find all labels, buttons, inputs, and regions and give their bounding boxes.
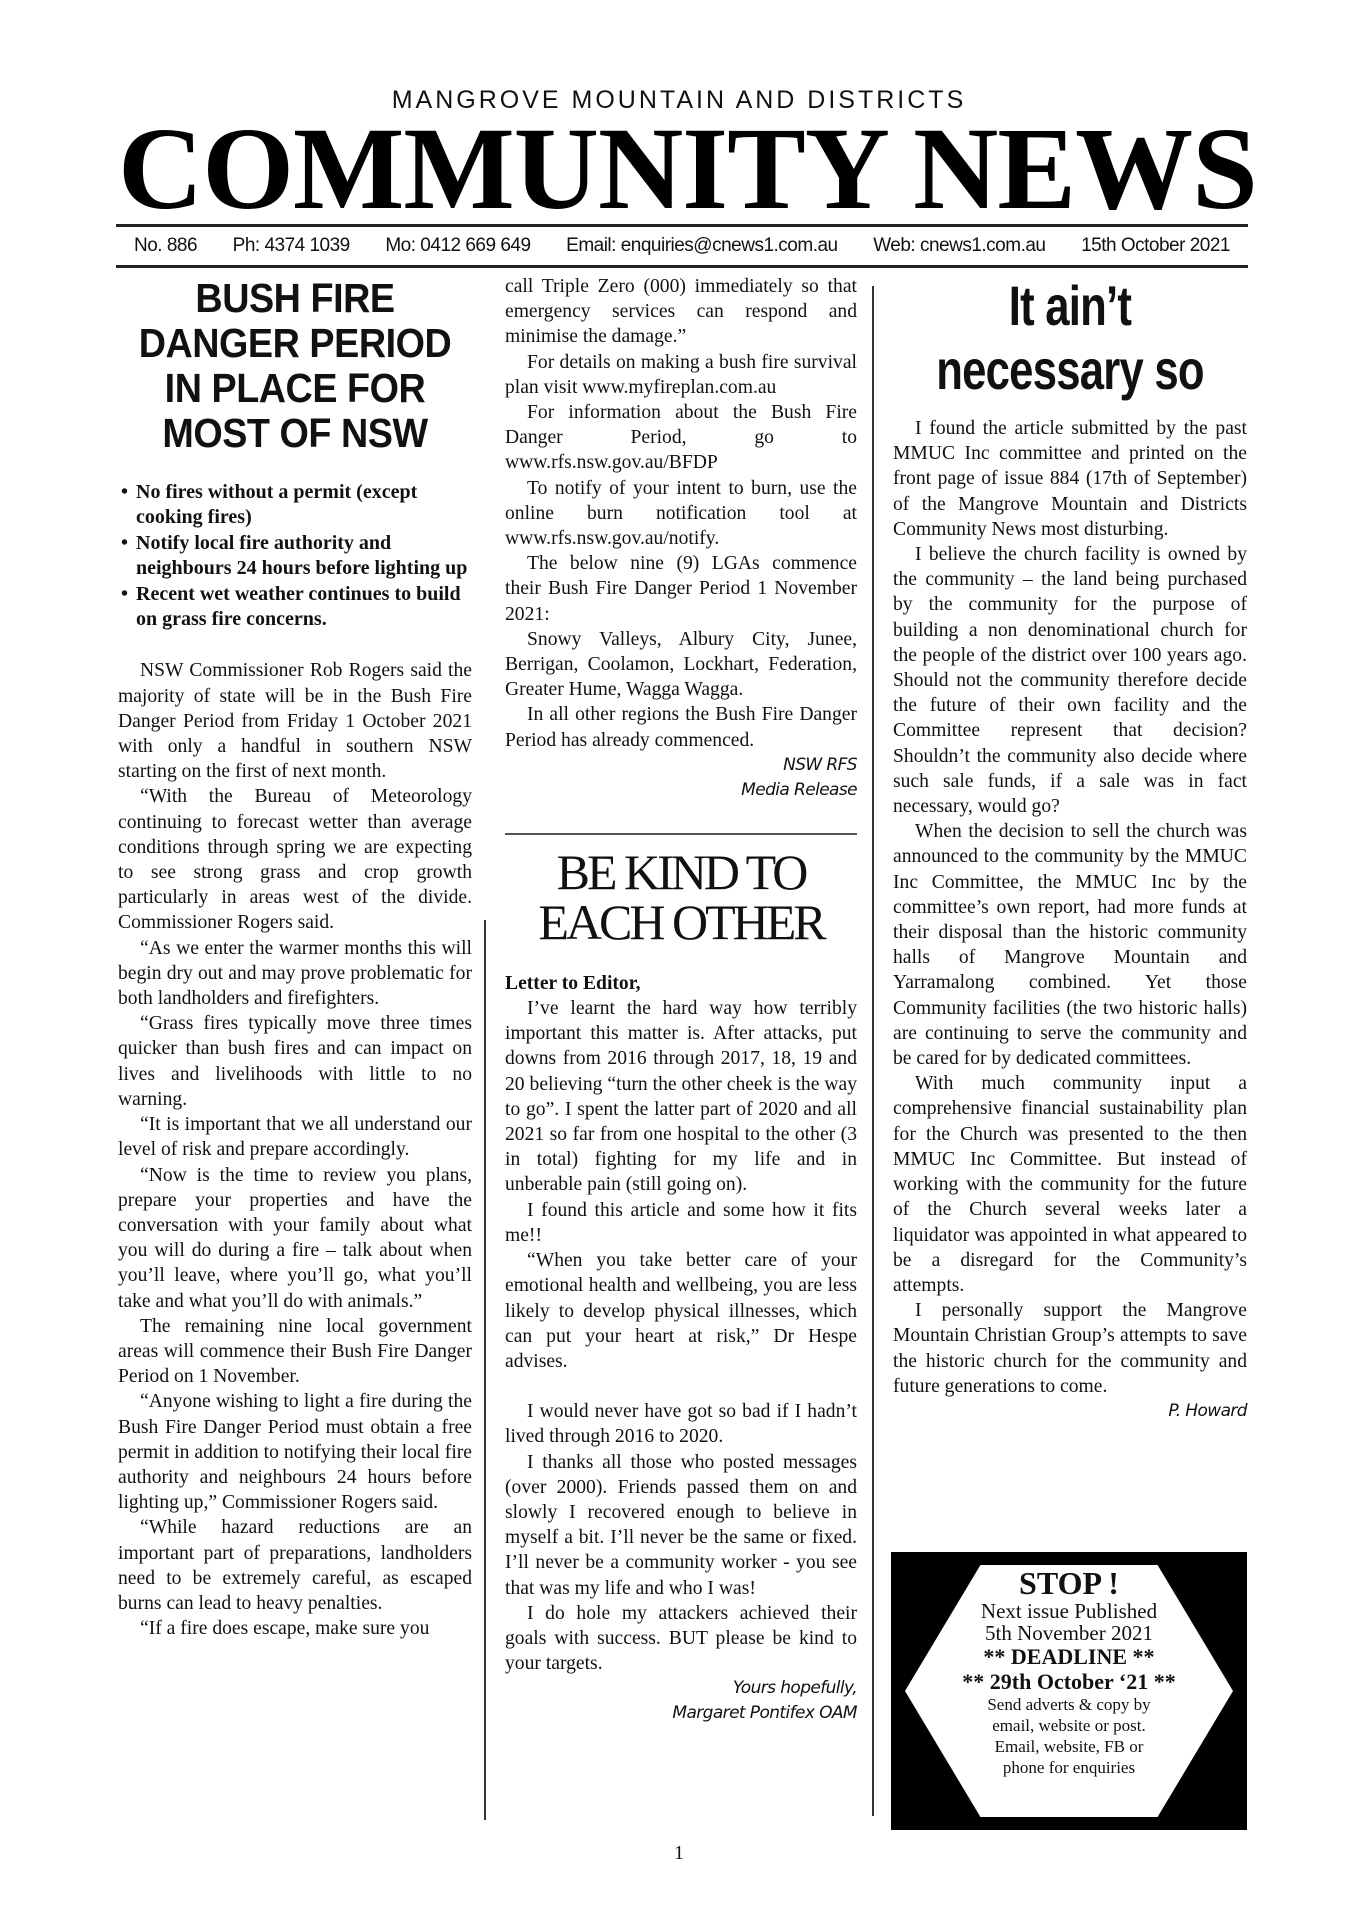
article-paragraph: When the decision to sell the church was… (893, 819, 1247, 1071)
article-author: P. Howard (893, 1399, 1247, 1424)
article-paragraph: I believe the church facility is owned b… (893, 542, 1247, 819)
next-issue-date: 5th November 2021 (891, 1622, 1247, 1644)
headline-line: BE KIND TO (505, 847, 857, 897)
article-paragraph: “Now is the time to review you plans, pr… (118, 1163, 472, 1314)
column-divider-left (484, 920, 486, 1820)
church-article: It ain’t necessary so I found the articl… (893, 274, 1247, 1424)
next-issue-label: Next issue Published (891, 1600, 1247, 1622)
article-paragraph: “Anyone wishing to light a fire during t… (118, 1389, 472, 1515)
deadline-label: ** DEADLINE ** (891, 1644, 1247, 1669)
page-number: 1 (0, 1842, 1358, 1865)
headline-line: EACH OTHER (505, 897, 857, 947)
article-paragraph: In all other regions the Bush Fire Dange… (505, 702, 857, 752)
article-paragraph: For details on making a bush fire surviv… (505, 350, 857, 400)
article-paragraph: I found the article submitted by the pas… (893, 416, 1247, 542)
bushfire-headline: BUSH FIRE DANGER PERIOD IN PLACE FOR MOS… (132, 276, 458, 456)
article-paragraph: With much community input a comprehensiv… (893, 1071, 1247, 1298)
article-paragraph: To notify of your intent to burn, use th… (505, 476, 857, 552)
headline-line: necessary so (932, 338, 1208, 402)
article-paragraph: “When you take better care of your emoti… (505, 1248, 857, 1374)
letter-salutation: Letter to Editor, (505, 971, 857, 996)
bullet-item: Notify local fire authority and neighbou… (118, 531, 472, 582)
kindness-headline: BE KIND TO EACH OTHER (505, 847, 857, 947)
middle-column: call Triple Zero (000) immediately so th… (505, 274, 857, 1726)
paragraph-spacer (505, 1374, 857, 1399)
article-paragraph: I’ve learnt the hard way how terribly im… (505, 996, 857, 1198)
church-headline: It ain’t necessary so (932, 274, 1208, 402)
email-address: Email: enquiries@cnews1.com.au (566, 235, 837, 257)
article-paragraph: “Grass fires typically move three times … (118, 1011, 472, 1112)
enquiry-info: phone for enquiries (891, 1757, 1247, 1778)
stop-title: STOP ! (891, 1566, 1247, 1600)
submission-info: Send adverts & copy by (891, 1694, 1247, 1715)
article-paragraph: The below nine (9) LGAs commence their B… (505, 551, 857, 627)
article-paragraph: I do hole my attackers achieved their go… (505, 1601, 857, 1677)
article-paragraph: “While hazard reductions are an importan… (118, 1515, 472, 1616)
masthead-rule-bottom (116, 265, 1248, 268)
newspaper-page: MANGROVE MOUNTAIN AND DISTRICTS COMMUNIT… (0, 0, 1358, 1920)
article-paragraph: The remaining nine local government area… (118, 1314, 472, 1390)
deadline-notice-text: STOP ! Next issue Published 5th November… (891, 1566, 1247, 1778)
letter-author: Margaret Pontifex OAM (505, 1701, 857, 1726)
masthead-info-bar: No. 886 Ph: 4374 1039 Mo: 0412 669 649 E… (116, 230, 1248, 262)
article-paragraph: I found this article and some how it fit… (505, 1198, 857, 1248)
headline-line: It ain’t (932, 274, 1208, 338)
mobile-number: Mo: 0412 669 649 (385, 235, 530, 257)
issue-number: No. 886 (134, 235, 197, 257)
article-paragraph: call Triple Zero (000) immediately so th… (505, 274, 857, 350)
letter-signoff: Yours hopefully, (505, 1676, 857, 1701)
masthead-title: COMMUNITY NEWS (118, 104, 1248, 234)
section-divider (505, 833, 857, 835)
article-paragraph: “If a fire does escape, make sure you (118, 1616, 472, 1641)
deadline-notice-box: STOP ! Next issue Published 5th November… (891, 1552, 1247, 1830)
article-paragraph: I thanks all those who posted messages (… (505, 1450, 857, 1601)
article-paragraph: NSW Commissioner Rob Rogers said the maj… (118, 658, 472, 784)
article-paragraph: “With the Bureau of Meteorology continui… (118, 784, 472, 935)
kindness-article: BE KIND TO EACH OTHER Letter to Editor, … (505, 847, 857, 1726)
source-credit-line2: Media Release (505, 778, 857, 803)
article-paragraph: I personally support the Mangrove Mounta… (893, 1298, 1247, 1399)
bushfire-article: BUSH FIRE DANGER PERIOD IN PLACE FOR MOS… (118, 274, 472, 1641)
bullet-item: No fires without a permit (except cookin… (118, 480, 472, 531)
submission-info: email, website or post. (891, 1715, 1247, 1736)
phone-number: Ph: 4374 1039 (233, 235, 350, 257)
column-divider-right (872, 286, 874, 1816)
issue-date: 15th October 2021 (1081, 235, 1230, 257)
bushfire-key-points: No fires without a permit (except cookin… (118, 480, 472, 632)
bullet-item: Recent wet weather continues to build on… (118, 582, 472, 633)
article-paragraph: For information about the Bush Fire Dang… (505, 400, 857, 476)
article-paragraph: “It is important that we all understand … (118, 1112, 472, 1162)
article-paragraph: I would never have got so bad if I hadn’… (505, 1399, 857, 1449)
website: Web: cnews1.com.au (873, 235, 1045, 257)
source-credit-line1: NSW RFS (505, 753, 857, 778)
article-paragraph: Snowy Valleys, Albury City, Junee, Berri… (505, 627, 857, 703)
masthead-rule-top (116, 224, 1248, 227)
bushfire-article-continued: call Triple Zero (000) immediately so th… (505, 274, 857, 803)
deadline-date: ** 29th October ‘21 ** (891, 1669, 1247, 1694)
enquiry-info: Email, website, FB or (891, 1736, 1247, 1757)
article-paragraph: “As we enter the warmer months this will… (118, 936, 472, 1012)
